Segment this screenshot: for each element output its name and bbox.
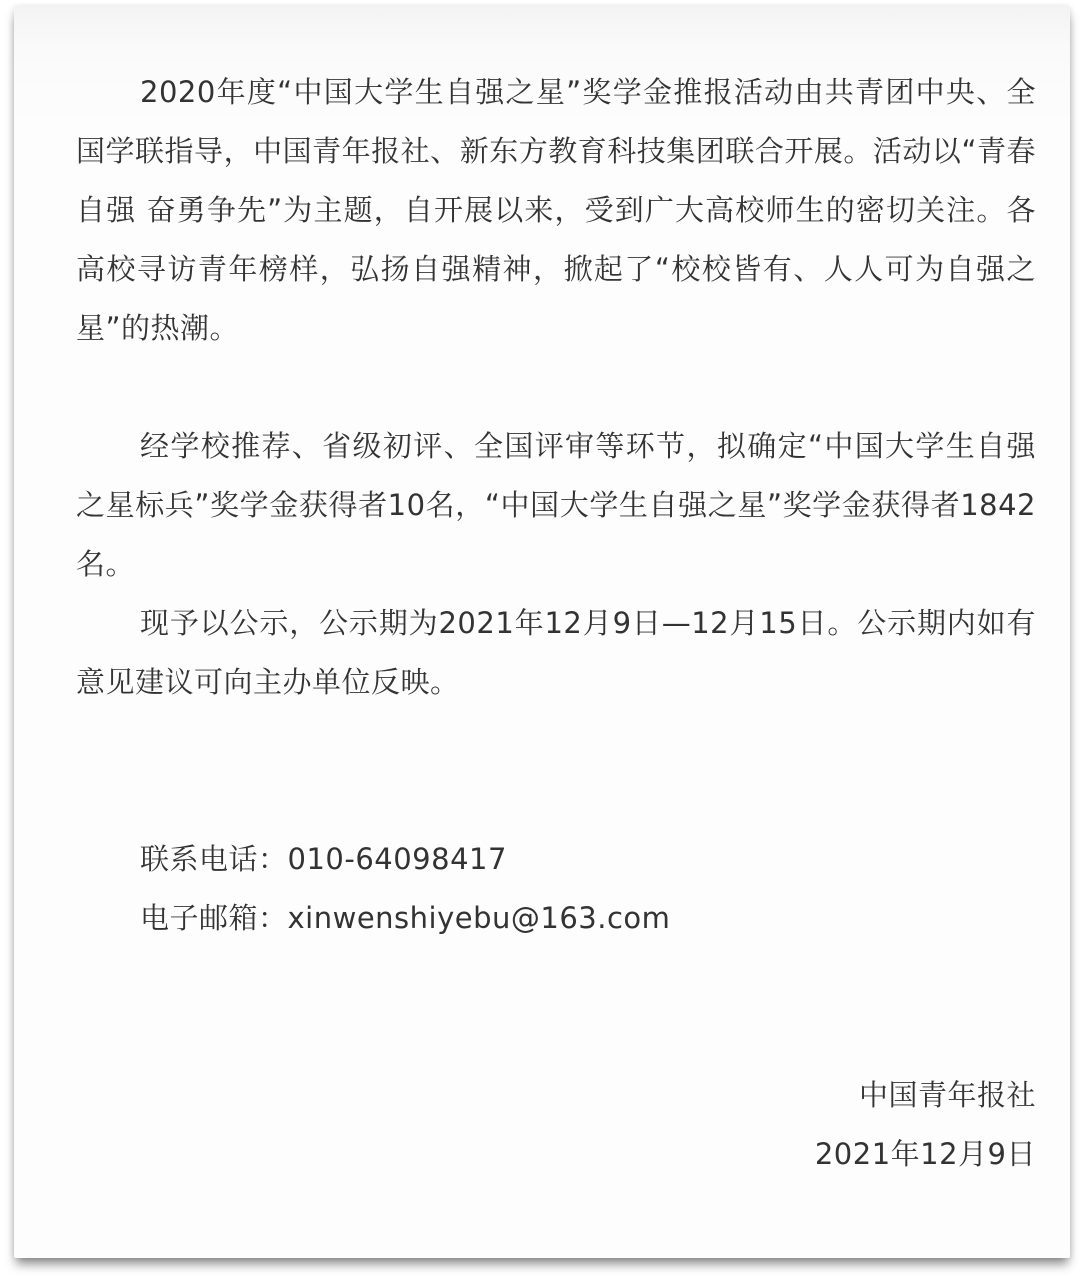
notice-card: 2020年度“中国大学生自强之星”奖学金推报活动由共青团中央、全国学联指导，中国…	[14, 6, 1070, 1258]
spacer	[76, 948, 1036, 1066]
contact-phone: 联系电话：010-64098417	[76, 830, 1036, 889]
paragraph-intro: 2020年度“中国大学生自强之星”奖学金推报活动由共青团中央、全国学联指导，中国…	[76, 63, 1036, 358]
paragraph-publicity-period: 现予以公示，公示期为2021年12月9日—12月15日。公示期内如有意见建议可向…	[76, 594, 1036, 712]
notice-content: 2020年度“中国大学生自强之星”奖学金推报活动由共青团中央、全国学联指导，中国…	[76, 63, 1036, 1184]
signature-date: 2021年12月9日	[76, 1125, 1036, 1184]
spacer	[76, 712, 1036, 830]
contact-email: 电子邮箱：xinwenshiyebu@163.com	[76, 889, 1036, 948]
spacer	[76, 358, 1036, 417]
signature-organization: 中国青年报社	[76, 1066, 1036, 1125]
paragraph-awardees: 经学校推荐、省级初评、全国评审等环节，拟确定“中国大学生自强之星标兵”奖学金获得…	[76, 417, 1036, 594]
